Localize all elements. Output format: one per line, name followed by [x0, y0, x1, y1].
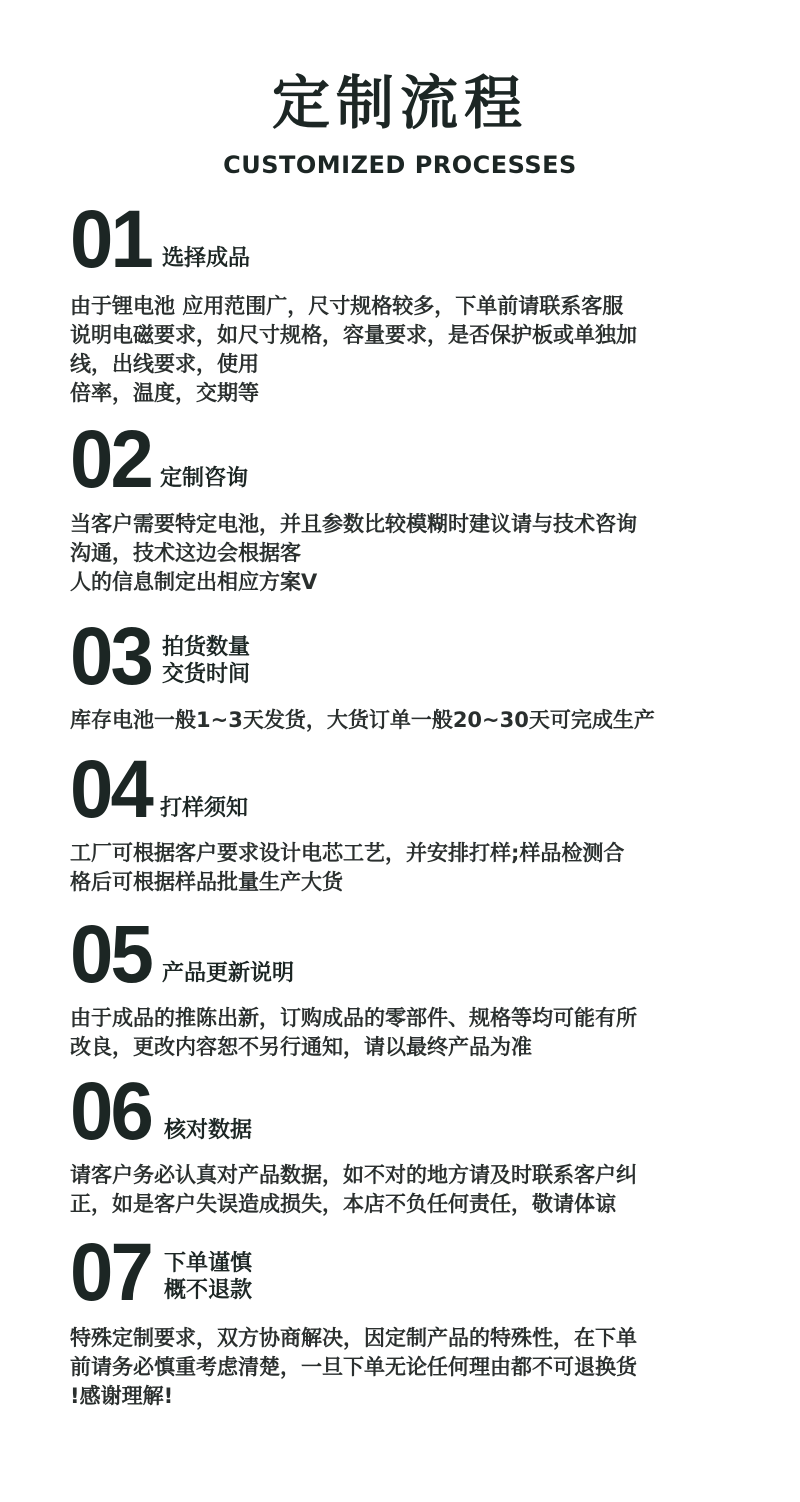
step-header: 01 选择成品 [70, 205, 740, 275]
step-description: 由于锂电池 应用范围广，尺寸规格较多，下单前请联系客服 说明电磁要求，如尺寸规格… [70, 292, 740, 408]
step-number: 03 [70, 622, 151, 692]
step-01: 01 选择成品 由于锂电池 应用范围广，尺寸规格较多，下单前请联系客服 说明电磁… [70, 205, 740, 408]
step-header: 03 拍货数量 交货时间 [70, 622, 740, 692]
page-title: 定制流程 [0, 68, 800, 138]
step-description-line: 线，出线要求，使用 [70, 350, 740, 379]
step-description-line: 人的信息制定出相应方案V [70, 568, 740, 597]
step-title-line: 定制咨询 [160, 465, 248, 493]
step-title-line: 核对数据 [164, 1117, 252, 1145]
step-number: 07 [70, 1238, 151, 1308]
step-description: 请客户务必认真对产品数据，如不对的地方请及时联系客户纠 正，如是客户失误造成损失… [70, 1161, 740, 1219]
step-06: 06 核对数据 请客户务必认真对产品数据，如不对的地方请及时联系客户纠 正，如是… [70, 1077, 740, 1219]
step-title-line: 交货时间 [162, 661, 250, 688]
step-description-line: !感谢理解! [70, 1382, 740, 1411]
step-description: 特殊定制要求，双方协商解决，因定制产品的特殊性，在下单 前请务必慎重考虑清楚，一… [70, 1324, 740, 1411]
step-description: 由于成品的推陈出新，订购成品的零部件、规格等均可能有所 改良，更改内容恕不另行通… [70, 1004, 740, 1062]
step-header: 05 产品更新说明 [70, 920, 740, 990]
step-header: 04 打样须知 [70, 755, 740, 825]
step-title: 下单谨慎 概不退款 [164, 1250, 252, 1304]
step-description: 库存电池一般1~3天发货，大货订单一般20~30天可完成生产 [70, 706, 740, 735]
step-description: 当客户需要特定电池，并且参数比较模糊时建议请与技术咨询 沟通，技术这边会根据客 … [70, 510, 740, 597]
step-title-line: 产品更新说明 [162, 960, 294, 988]
step-07: 07 下单谨慎 概不退款 特殊定制要求，双方协商解决，因定制产品的特殊性，在下单… [70, 1238, 740, 1411]
step-description-line: 由于锂电池 应用范围广，尺寸规格较多，下单前请联系客服 [70, 292, 740, 321]
step-description-line: 特殊定制要求，双方协商解决，因定制产品的特殊性，在下单 [70, 1324, 740, 1353]
step-title: 打样须知 [160, 795, 248, 823]
step-description-line: 当客户需要特定电池，并且参数比较模糊时建议请与技术咨询 [70, 510, 740, 539]
page-subtitle: CUSTOMIZED PROCESSES [0, 150, 800, 180]
step-description-line: 格后可根据样品批量生产大货 [70, 868, 740, 897]
step-02: 02 定制咨询 当客户需要特定电池，并且参数比较模糊时建议请与技术咨询 沟通，技… [70, 425, 740, 597]
step-description-line: 由于成品的推陈出新，订购成品的零部件、规格等均可能有所 [70, 1004, 740, 1033]
step-title-line: 拍货数量 [162, 634, 250, 661]
step-description-line: 库存电池一般1~3天发货，大货订单一般20~30天可完成生产 [70, 706, 740, 735]
step-number: 05 [70, 920, 151, 990]
step-header: 06 核对数据 [70, 1077, 740, 1147]
step-description-line: 正，如是客户失误造成损失，本店不负任何责任，敬请体谅 [70, 1190, 740, 1219]
step-header: 02 定制咨询 [70, 425, 740, 495]
step-title: 核对数据 [164, 1117, 252, 1145]
step-description-line: 说明电磁要求，如尺寸规格，容量要求，是否保护板或单独加 [70, 321, 740, 350]
step-description-line: 工厂可根据客户要求设计电芯工艺，并安排打样;样品检测合 [70, 839, 740, 868]
step-title: 选择成品 [162, 245, 250, 273]
step-title: 产品更新说明 [162, 960, 294, 988]
step-title-line: 打样须知 [160, 795, 248, 823]
step-title: 定制咨询 [160, 465, 248, 493]
step-number: 04 [70, 755, 151, 825]
step-title: 拍货数量 交货时间 [162, 634, 250, 688]
step-number: 01 [70, 205, 151, 275]
step-description-line: 改良，更改内容恕不另行通知，请以最终产品为准 [70, 1033, 740, 1062]
step-number: 02 [70, 425, 151, 495]
step-title-line: 下单谨慎 [164, 1250, 252, 1277]
step-05: 05 产品更新说明 由于成品的推陈出新，订购成品的零部件、规格等均可能有所 改良… [70, 920, 740, 1062]
step-description-line: 请客户务必认真对产品数据，如不对的地方请及时联系客户纠 [70, 1161, 740, 1190]
step-description-line: 倍率，温度，交期等 [70, 379, 740, 408]
step-title-line: 概不退款 [164, 1277, 252, 1304]
step-description: 工厂可根据客户要求设计电芯工艺，并安排打样;样品检测合 格后可根据样品批量生产大… [70, 839, 740, 897]
step-header: 07 下单谨慎 概不退款 [70, 1238, 740, 1308]
step-description-line: 前请务必慎重考虑清楚，一旦下单无论任何理由都不可退换货 [70, 1353, 740, 1382]
step-number: 06 [70, 1077, 151, 1147]
step-03: 03 拍货数量 交货时间 库存电池一般1~3天发货，大货订单一般20~30天可完… [70, 622, 740, 735]
step-description-line: 沟通，技术这边会根据客 [70, 539, 740, 568]
step-04: 04 打样须知 工厂可根据客户要求设计电芯工艺，并安排打样;样品检测合 格后可根… [70, 755, 740, 897]
step-title-line: 选择成品 [162, 245, 250, 273]
